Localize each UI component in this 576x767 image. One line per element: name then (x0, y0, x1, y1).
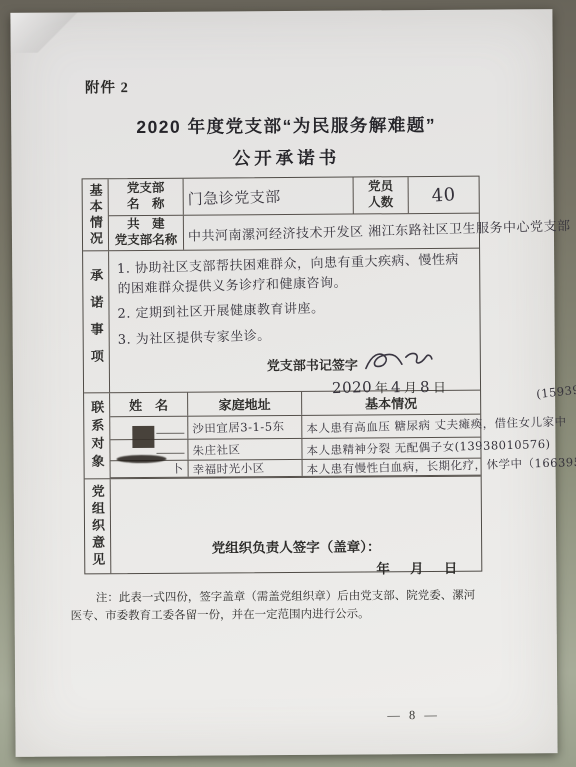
contacts-header-info: 基本情况 (302, 391, 480, 415)
section-org-label: 党组织意见 (88, 484, 108, 569)
title-line1: 2020 年度党支部“为民服务解难题” (136, 115, 436, 137)
joint-branch-handwritten: 中共河南漯河经济技术开发区 湘江东路社区卫生服务中心党支部 (188, 218, 475, 245)
contacts-header-address: 家庭地址 (188, 392, 302, 416)
document-title: 2020 年度党支部“为民服务解难题” 公开承诺书 (41, 111, 531, 171)
secretary-signature-scribble (362, 348, 436, 375)
branch-name-label: 党支部 名 称 (109, 179, 184, 216)
section-basic-body: 党支部 名 称 门急诊党支部 党员 人数 40 (109, 177, 479, 251)
joint-branch-label: 共 建 党支部名称 (109, 216, 184, 250)
paper-sheet: 附件 2 2020 年度党支部“为民服务解难题” 公开承诺书 基本情况 党支部 … (10, 9, 557, 757)
contact-info-cell: 本人患有高血压 糖尿病 丈夫瘫痪，借住女儿家中 (302, 415, 480, 438)
joint-branch-value-cell: 中共河南漯河经济技术开发区 湘江东路社区卫生服务中心党支部 (184, 214, 479, 250)
section-commitments-label-cell: 承诺事项 (83, 251, 110, 392)
contacts-header-name: 姓 名 (110, 393, 188, 417)
page-number: — 8 — (387, 708, 440, 723)
contact-address-cell: 幸福时光小区 (189, 460, 303, 477)
secretary-sign-label: 党支部书记签字 (267, 355, 358, 375)
title-line2: 公开承诺书 (41, 143, 531, 171)
contact-address-cell: 沙田宜居3-1-5东 (188, 416, 302, 439)
branch-name-handwritten: 门急诊党支部 (187, 183, 349, 208)
contact-row: 沙田宜居3-1-5东 本人患有高血压 糖尿病 丈夫瘫痪，借住女儿家中 (110, 415, 480, 441)
section-contacts-body: 姓 名 家庭地址 基本情况 沙田宜居3-1-5东 本人患有高血压 糖尿病 丈夫瘫… (110, 391, 481, 479)
section-commitments-label: 承诺事项 (86, 268, 106, 376)
branch-name-value-cell: 门急诊党支部 (184, 178, 354, 215)
contact-address-cell: 朱庄社区 (188, 439, 302, 460)
contact-phone-note: (15939587419) (536, 377, 576, 402)
section-contacts-label: 联系对象 (87, 400, 107, 472)
name-underline (156, 453, 184, 455)
section-basic-info: 基本情况 党支部 名 称 门急诊党支部 党员 人数 40 (83, 177, 479, 252)
footnote: 注：此表一式四份，签字盖章（需盖党组织章）后由党支部、院党委、漯河医专、市委教育… (70, 588, 482, 627)
form-table: 基本情况 党支部 名 称 门急诊党支部 党员 人数 40 (82, 176, 483, 575)
contact-info-cell: 本人患精神分裂 无配偶子女(13938010576) (302, 438, 480, 459)
section-org-body: 党组织负责人签字（盖章）： 年 月 日 (111, 477, 482, 574)
contacts-header-row: 姓 名 家庭地址 基本情况 (110, 391, 480, 418)
name-redaction-square (132, 426, 154, 448)
attachment-label: 附件 2 (85, 76, 129, 97)
name-underline (156, 433, 184, 435)
paper-corner-crease (10, 12, 80, 52)
section-contacts-label-cell: 联系对象 (84, 393, 111, 478)
commitment-item: 2. 定期到社区开展健康教育讲座。 (117, 295, 471, 324)
section-basic-label-cell: 基本情况 (83, 179, 109, 250)
org-sign-label: 党组织负责人签字（盖章）： (111, 535, 481, 558)
secretary-signature-line: 党支部书记签字 (118, 348, 472, 376)
joint-branch-row: 共 建 党支部名称 中共河南漯河经济技术开发区 湘江东路社区卫生服务中心党支部 (109, 214, 479, 250)
member-count-handwritten: 40 (431, 184, 456, 206)
contact-row: 卜 幸福时光小区 本人患有慢性白血病，长期化疗，休学中（16639588076） (111, 459, 481, 478)
section-org-opinion: 党组织意见 党组织负责人签字（盖章）： 年 月 日 (85, 477, 482, 574)
member-count-value-cell: 40 (409, 177, 479, 213)
section-basic-label: 基本情况 (86, 183, 105, 247)
contact-info-cell: 本人患有慢性白血病，长期化疗，休学中（16639588076） (303, 459, 481, 476)
org-date-line: 年 月 日 (376, 557, 457, 578)
contact-name-mark: 卜 (171, 460, 183, 476)
commitment-item: 1. 协助社区支部帮扶困难群众，向患有重大疾病、慢性病的困难群众提供义务诊疗和健… (117, 250, 472, 299)
section-contacts: 联系对象 姓 名 家庭地址 基本情况 沙田宜居3-1-5东 本人患有高血压 糖尿… (84, 391, 481, 480)
section-commitments-body: 1. 协助社区支部帮扶困难群众，向患有重大疾病、慢性病的困难群众提供义务诊疗和健… (109, 249, 480, 393)
commitment-item: 3. 为社区提供专家坐诊。 (117, 320, 471, 349)
section-org-label-cell: 党组织意见 (85, 479, 112, 573)
contact-name-cell: 卜 (111, 461, 189, 477)
branch-name-row: 党支部 名 称 门急诊党支部 党员 人数 40 (109, 177, 479, 217)
member-count-label: 党员 人数 (354, 177, 409, 213)
section-commitments: 承诺事项 1. 协助社区支部帮扶困难群众，向患有重大疾病、慢性病的困难群众提供义… (83, 249, 480, 394)
photo-of-document: { "page": { "attachment_label": "附件 2", … (0, 0, 576, 767)
